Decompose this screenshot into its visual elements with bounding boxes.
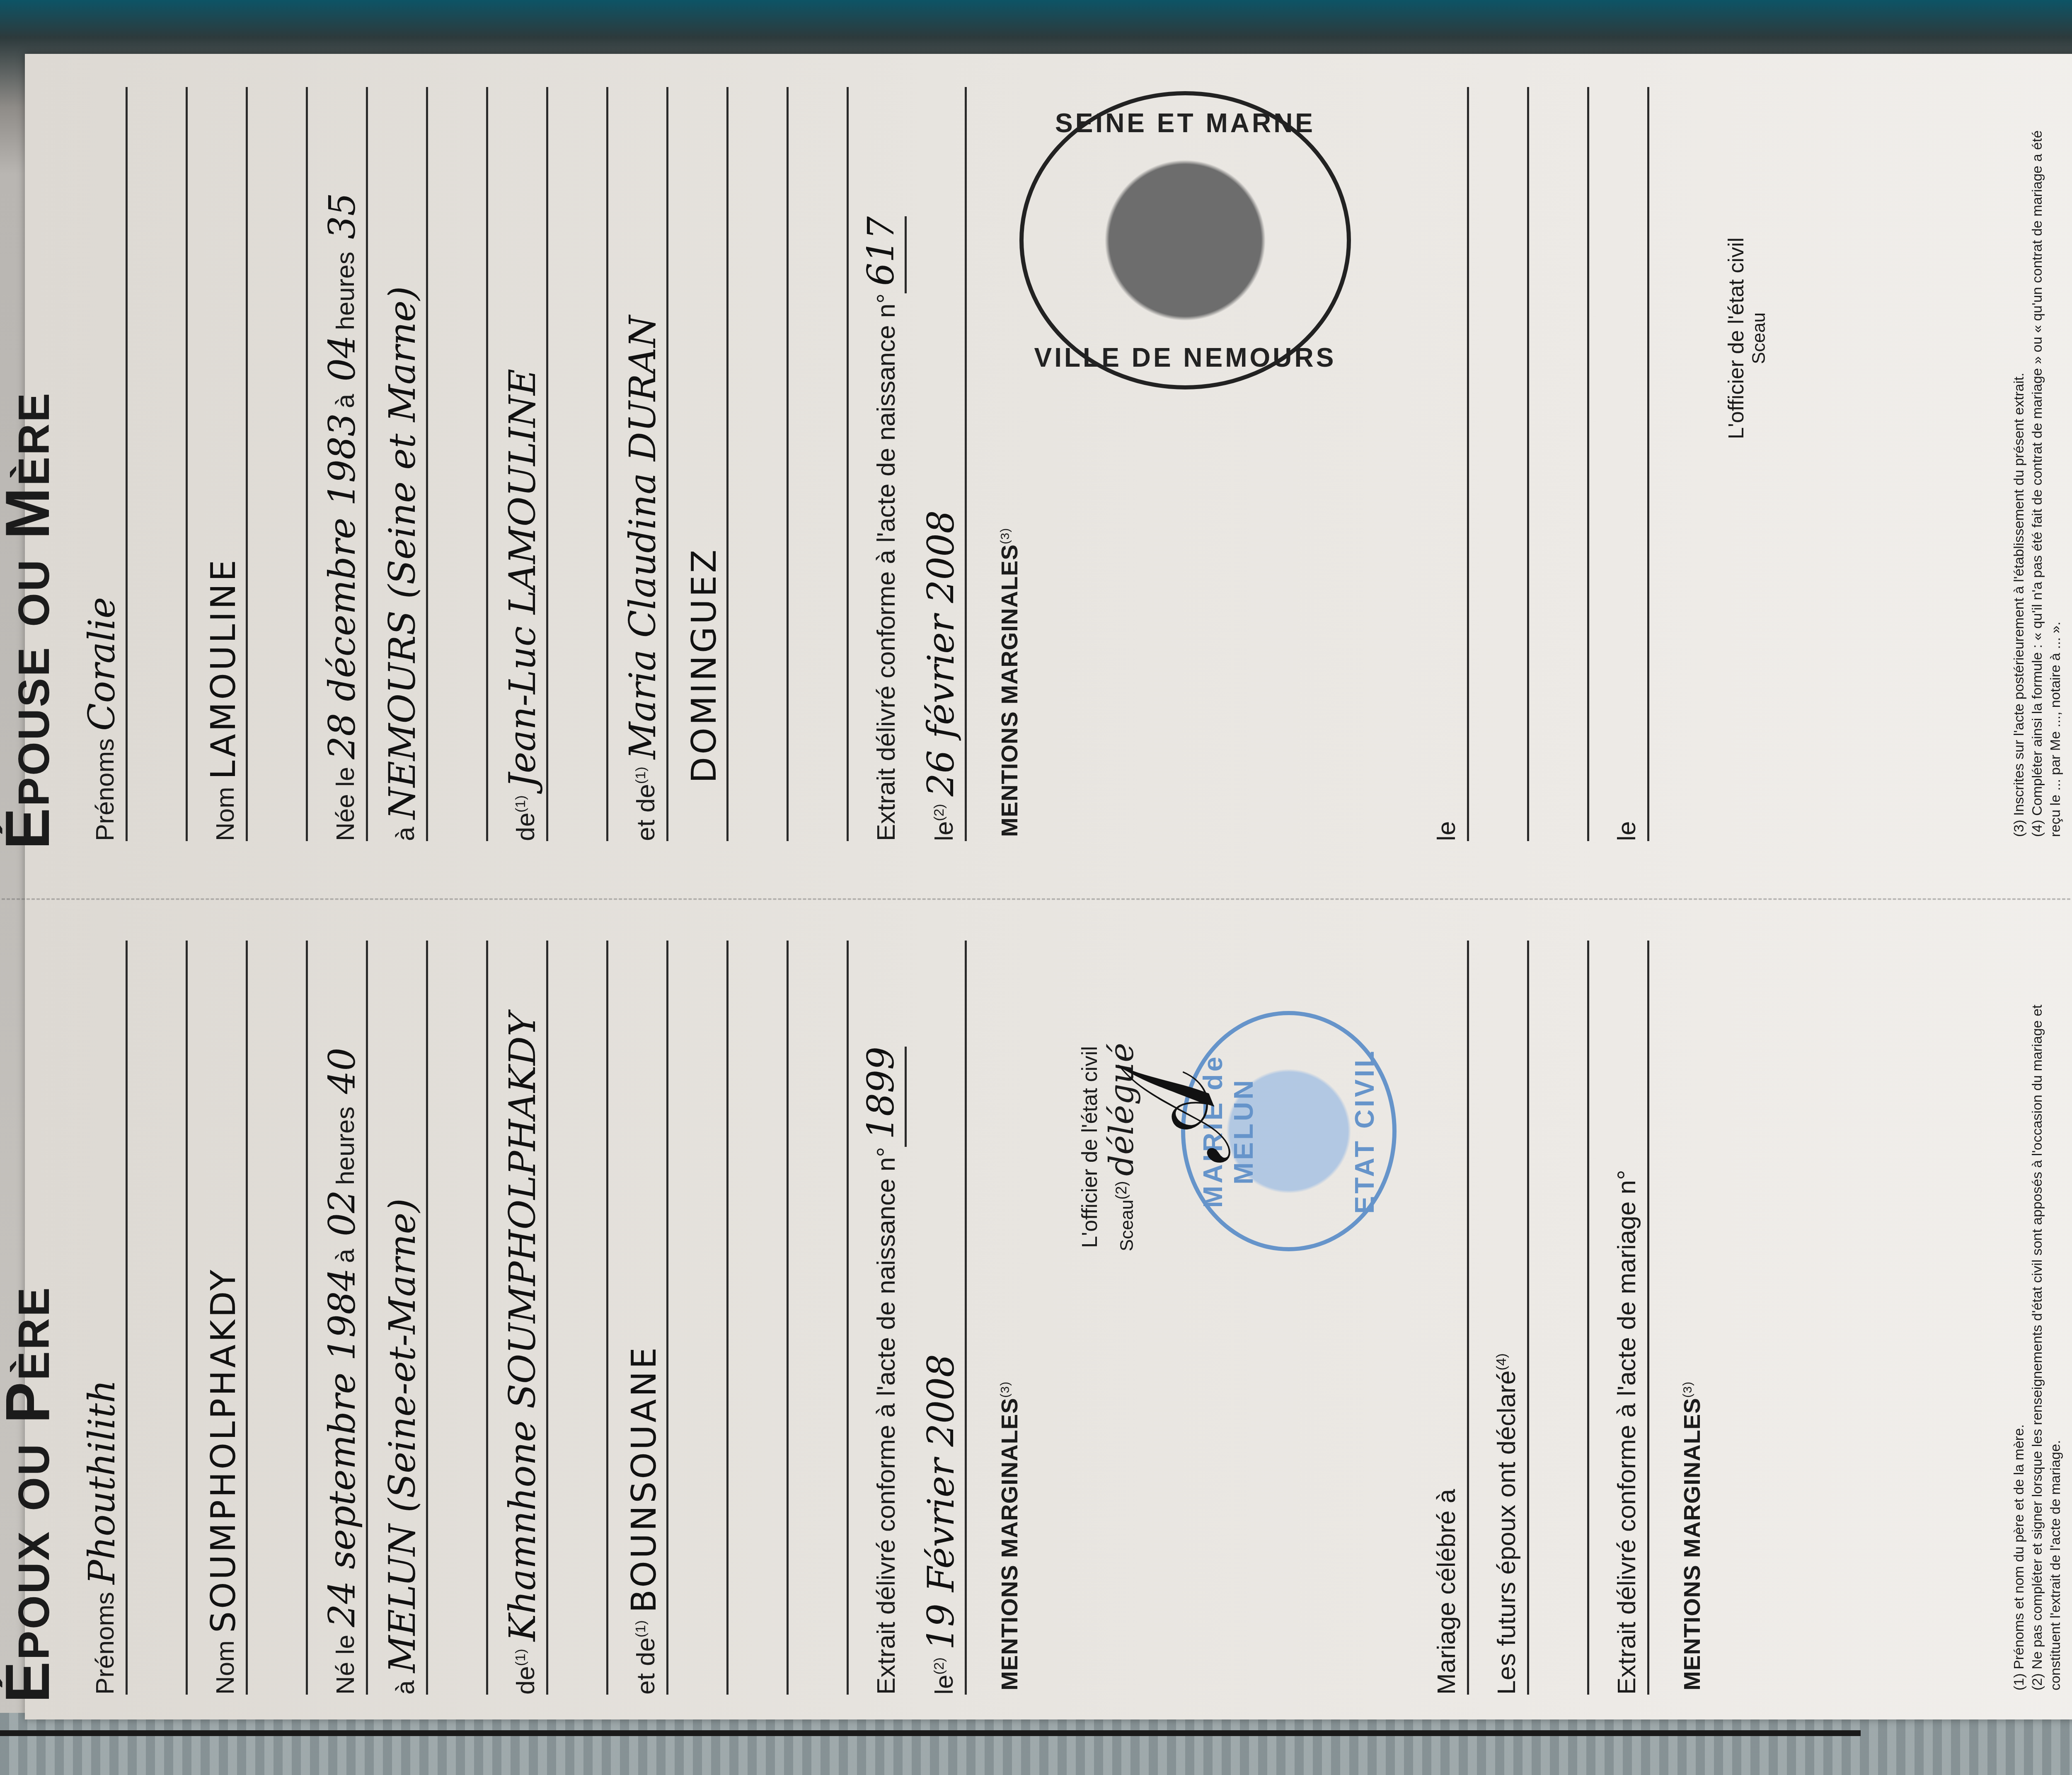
bride-nom-field: Nom LAMOULINE	[188, 87, 248, 841]
groom-extract-field: Extrait délivré conforme à l'acte de nai…	[849, 941, 907, 1695]
blank-line	[248, 941, 308, 1695]
marriage-extract-number	[1645, 1162, 1647, 1170]
marriage-section: Mariage célébré à Les futurs époux ont d…	[1409, 924, 1705, 1728]
blank-line	[548, 87, 608, 841]
groom-father-value: Khamnhone SOUMPHOLPHAKDY	[501, 1012, 546, 1649]
left-margin-bar	[0, 1730, 1861, 1736]
blank-line	[248, 87, 308, 841]
bride-section: Épouse ou Mère Prénoms Coralie Nom LAMOU…	[0, 70, 2072, 874]
bride-mother-field: et de(1) Maria Claudina DURAN	[608, 87, 668, 841]
nom-label: Nom	[211, 1640, 246, 1695]
extract-label: Extrait délivré conforme à l'acte de nai…	[871, 1147, 907, 1695]
marriage-mentions-marginales: MENTIONS MARGINALES(3)	[1678, 924, 1705, 1690]
groom-nom-value: SOUMPHOLPHAKDY	[204, 1267, 246, 1640]
extract-date-label: le(2)	[929, 1657, 965, 1695]
groom-father-field: de(1) Khamnhone SOUMPHOLPHAKDY	[488, 941, 548, 1695]
groom-birth-hour: 02	[321, 1190, 366, 1244]
blank-line	[729, 87, 789, 841]
prenoms-label: Prénoms	[90, 1592, 126, 1695]
groom-section: Époux ou Père Prénoms Phouthilith Nom SO…	[0, 924, 2072, 1728]
civil-status-form: Époux ou Père Prénoms Phouthilith Nom SO…	[0, 70, 2072, 1728]
marriage-extract-date-label: le	[1612, 821, 1647, 841]
marriage-section-right: le le L'officier de l'état civil Sceau	[1409, 70, 1649, 874]
extract-date-label: le(2)	[929, 804, 965, 841]
marriage-extract-date-field: le	[1589, 87, 1649, 841]
blank-line	[128, 87, 188, 841]
document-page: Époux ou Père Prénoms Phouthilith Nom SO…	[25, 54, 2072, 1719]
footnotes-left: (1) Prénoms et nom du père et de la mère…	[2010, 953, 2065, 1690]
blank-line	[789, 87, 849, 841]
groom-mentions-marginales: MENTIONS MARGINALES(3)	[996, 924, 1023, 1690]
blank-line	[1529, 941, 1589, 1695]
bride-father-value: Jean-Luc LAMOULINE	[501, 369, 546, 795]
marriage-officer-block: L'officier de l'état civil Sceau	[1724, 237, 1769, 439]
groom-birth-date: 24 septembre 1984	[321, 1268, 366, 1635]
footnote-4: (4) Compléter ainsi la formule : « qu'il…	[2028, 99, 2065, 837]
groom-prenoms-value: Phouthilith	[80, 1380, 126, 1592]
bride-birth-hour: 04	[321, 335, 366, 389]
bride-nom-value: LAMOULINE	[204, 557, 246, 787]
bride-mother-value-line1: Maria Claudina DURAN	[621, 316, 666, 767]
groom-title: Époux ou Père	[0, 924, 63, 1703]
declared-label: Les futurs époux ont déclaré(4)	[1492, 1353, 1527, 1695]
heures-label: heures	[331, 247, 366, 335]
blank-line	[128, 941, 188, 1695]
bride-birth-minute: 35	[321, 193, 366, 247]
bride-prenoms-value: Coralie	[80, 597, 126, 738]
marriage-extract-label: Extrait délivré conforme à l'acte de mar…	[1612, 1170, 1647, 1695]
footnote-1: (1) Prénoms et nom du père et de la mère…	[2010, 953, 2028, 1690]
bride-extract-date-field: le(2) 26 février 2008	[907, 87, 967, 841]
marriage-extract-field: Extrait délivré conforme à l'acte de mar…	[1589, 941, 1649, 1695]
marriage-date-label: le	[1432, 821, 1467, 841]
marriage-declared-field: Les futurs époux ont déclaré(4)	[1469, 941, 1529, 1695]
bride-birth-place: NEMOURS (Seine et Marne)	[381, 286, 426, 827]
page-fold-line	[0, 898, 2072, 900]
nemours-black-stamp: SEINE ET MARNE VILLE DE NEMOURS	[1019, 91, 1351, 389]
bride-birth-date: 28 décembre 1983	[321, 413, 366, 767]
extract-label: Extrait délivré conforme à l'acte de nai…	[871, 293, 907, 841]
father-label: de(1)	[511, 1649, 546, 1695]
groom-extract-number: 1899	[859, 1047, 907, 1147]
sceau-label: Sceau	[1749, 237, 1769, 439]
groom-birth-place: MELUN (Seine-et-Marne)	[381, 1198, 426, 1680]
footnotes-right: (3) Inscrites sur l'acte postérieurement…	[2010, 99, 2065, 837]
blank-line	[1469, 87, 1529, 841]
nee-le-label: Née le	[331, 767, 366, 841]
officer-label: L'officier de l'état civil	[1078, 1046, 1102, 1248]
mother-label: et de(1)	[631, 1620, 666, 1695]
ne-le-label: Né le	[331, 1635, 366, 1695]
groom-mother-field: et de(1) BOUNSOUANE	[608, 941, 668, 1695]
groom-prenoms-field: Prénoms Phouthilith	[68, 941, 128, 1695]
blank-line	[1529, 87, 1589, 841]
a-label: à	[331, 1244, 366, 1268]
a-label: à	[331, 389, 366, 413]
marriage-place-field: Mariage célébré à	[1409, 941, 1469, 1695]
bride-birth-place-field: à NEMOURS (Seine et Marne)	[368, 87, 428, 841]
bride-mother-field-cont: DOMINGUEZ	[668, 87, 729, 841]
groom-extract-date: 19 Février 2008	[920, 1354, 965, 1657]
groom-birth-minute: 40	[321, 1047, 366, 1101]
mother-label: et de(1)	[631, 767, 666, 841]
heures-label: heures	[331, 1101, 366, 1190]
marriage-place-value	[1464, 1482, 1467, 1489]
officer-label: L'officier de l'état civil	[1724, 237, 1748, 439]
marriage-date-field: le	[1409, 87, 1469, 841]
birth-place-prefix: à	[391, 1681, 426, 1695]
groom-birth-date-field: Né le 24 septembre 1984 à 02 heures 40	[308, 941, 368, 1695]
bride-extract-field: Extrait délivré conforme à l'acte de nai…	[849, 87, 907, 841]
father-label: de(1)	[511, 795, 546, 841]
bride-prenoms-field: Prénoms Coralie	[68, 87, 128, 841]
nom-label: Nom	[211, 787, 246, 841]
bride-father-field: de(1) Jean-Luc LAMOULINE	[488, 87, 548, 841]
blank-line	[789, 941, 849, 1695]
bride-mentions-marginales: MENTIONS MARGINALES(3)	[996, 70, 1023, 837]
celebrated-label: Mariage célébré à	[1432, 1489, 1467, 1695]
groom-nom-field: Nom SOUMPHOLPHAKDY	[188, 941, 248, 1695]
birth-place-prefix: à	[391, 827, 426, 841]
bride-title: Épouse ou Mère	[0, 70, 63, 849]
blank-line	[428, 941, 488, 1695]
bride-birth-date-field: Née le 28 décembre 1983 à 04 heures 35	[308, 87, 368, 841]
blank-line	[548, 941, 608, 1695]
prenoms-label: Prénoms	[90, 738, 126, 841]
bride-extract-date: 26 février 2008	[920, 510, 965, 804]
groom-extract-date-field: le(2) 19 Février 2008	[907, 941, 967, 1695]
blank-line	[428, 87, 488, 841]
blank-line	[729, 941, 789, 1695]
groom-birth-place-field: à MELUN (Seine-et-Marne)	[368, 941, 428, 1695]
bride-mother-value-line2: DOMINGUEZ	[685, 547, 726, 841]
bride-extract-number: 617	[859, 216, 907, 293]
groom-mother-value: BOUNSOUANE	[625, 1345, 666, 1620]
footnote-2: (2) Ne pas compléter et signer lorsque l…	[2028, 953, 2065, 1690]
blank-line	[668, 941, 729, 1695]
footnote-3: (3) Inscrites sur l'acte postérieurement…	[2010, 99, 2028, 837]
